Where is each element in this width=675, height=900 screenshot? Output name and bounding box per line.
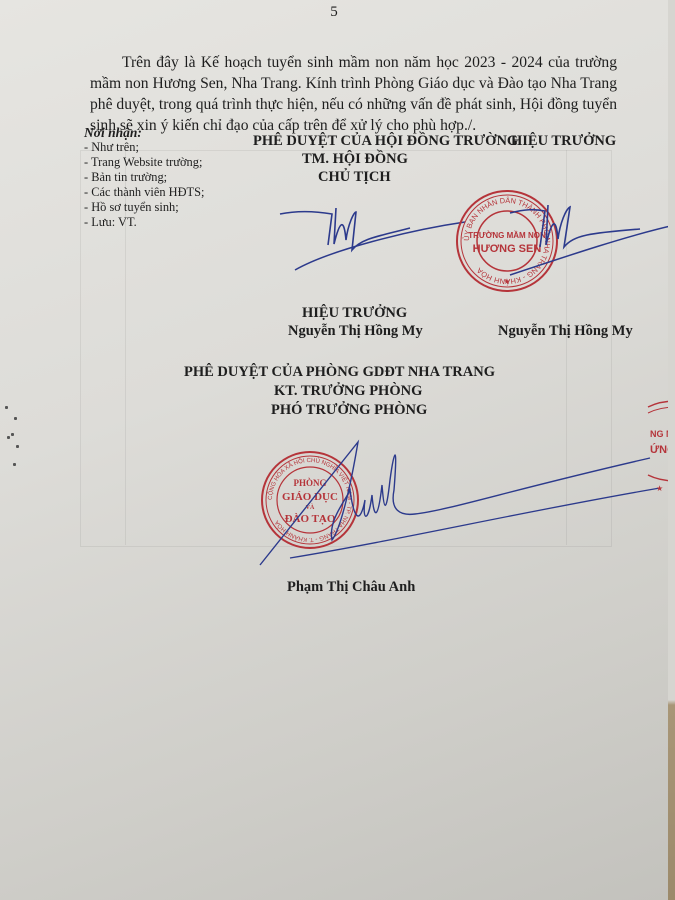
- desk-surface: [668, 0, 675, 900]
- margin-mark: [5, 406, 8, 409]
- recipient-item: - Trang Website trường;: [84, 155, 204, 170]
- principal-signature: [490, 195, 675, 285]
- recipient-item: - Như trên;: [84, 140, 204, 155]
- department-approval-line3: PHÓ TRƯỞNG PHÒNG: [271, 402, 427, 419]
- recipient-item: - Lưu: VT.: [84, 215, 204, 230]
- margin-mark: [14, 417, 17, 420]
- recipients-block: Nơi nhận: - Như trên; - Trang Website tr…: [84, 125, 204, 230]
- department-approval-line2: KT. TRƯỞNG PHÒNG: [274, 383, 422, 400]
- council-signer-name: Nguyễn Thị Hồng My: [288, 323, 423, 340]
- department-signer-name: Phạm Thị Châu Anh: [287, 579, 415, 596]
- document-page: 5 Trên đây là Kế hoạch tuyển sinh mầm no…: [0, 0, 668, 900]
- council-approval-line3: CHỦ TỊCH: [318, 169, 391, 186]
- svg-text:★: ★: [656, 484, 663, 493]
- recipient-item: - Bản tin trường;: [84, 170, 204, 185]
- council-approval-heading: PHÊ DUYỆT CỦA HỘI ĐỒNG TRƯỜNG: [253, 133, 518, 150]
- margin-mark: [16, 445, 19, 448]
- council-signature: [270, 200, 470, 280]
- principal-signer-name: Nguyễn Thị Hồng My: [498, 323, 633, 340]
- recipient-item: - Hồ sơ tuyển sinh;: [84, 200, 204, 215]
- intro-paragraph: Trên đây là Kế hoạch tuyển sinh mầm non …: [90, 52, 617, 136]
- recipient-item: - Các thành viên HĐTS;: [84, 185, 204, 200]
- page-number: 5: [0, 4, 668, 21]
- principal-heading: HIỆU TRƯỞNG: [511, 133, 616, 150]
- margin-mark: [13, 463, 16, 466]
- council-role-below: HIỆU TRƯỞNG: [302, 305, 407, 322]
- margin-mark: [7, 436, 10, 439]
- recipients-title: Nơi nhận:: [84, 125, 204, 140]
- council-approval-line2: TM. HỘI ĐỒNG: [302, 151, 408, 168]
- margin-mark: [11, 433, 14, 436]
- department-signature: [250, 430, 670, 580]
- department-approval-heading: PHÊ DUYỆT CỦA PHÒNG GDĐT NHA TRANG: [184, 364, 495, 381]
